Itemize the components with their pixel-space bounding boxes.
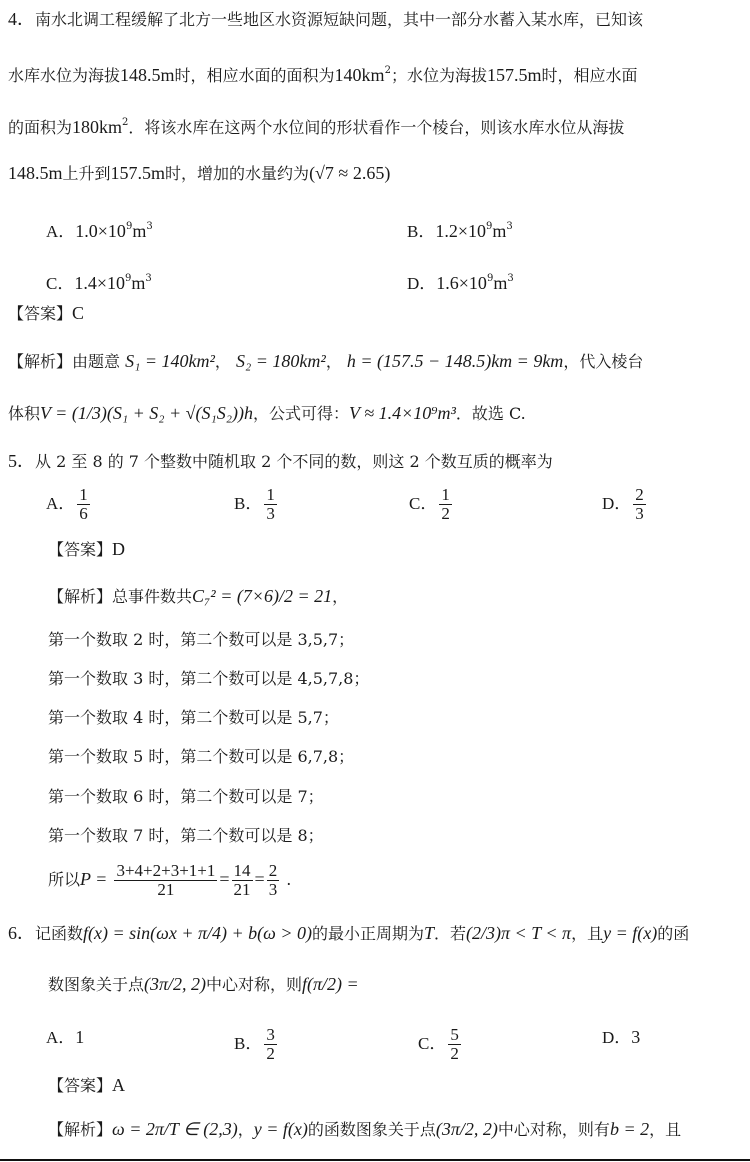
- q6-text: 数图象关于点: [48, 975, 144, 994]
- q5-case: 第一个数取 2 时，第二个数可以是 3,5,7；: [48, 629, 354, 651]
- q4-text: ．将该水库在这两个水位间的形状看作一个棱台，则该水库水位从海拔: [128, 118, 624, 137]
- q4-option-d: D．1.6×109m3: [407, 268, 514, 295]
- q5-option-c: C．12: [409, 486, 454, 523]
- analysis-tag: 【解析】: [48, 1120, 112, 1139]
- analysis-text: ，且: [649, 1120, 681, 1139]
- denominator: 2: [439, 505, 452, 523]
- numerator: 1: [264, 486, 277, 505]
- option-label: D．: [602, 1028, 631, 1047]
- answer-value: A: [112, 1075, 125, 1095]
- analysis-y: y = f(x): [254, 1119, 308, 1139]
- answer-tag: 【答案】: [8, 304, 72, 323]
- option-fraction: 12: [439, 486, 452, 523]
- denominator: 3: [267, 881, 280, 899]
- q6-text: 中心对称，则: [206, 975, 302, 994]
- q6-y: y = f(x): [603, 923, 657, 943]
- q6-text: ，且: [571, 924, 603, 943]
- option-unit-exp: 3: [146, 221, 152, 232]
- q4-text: 时，增加的水量约为: [165, 164, 309, 183]
- analysis-text: 由题意: [72, 352, 120, 371]
- q6-stem-line-2: 数图象关于点(3π/2, 2)中心对称，则f(π/2) =: [48, 973, 359, 996]
- numerator: 1: [77, 486, 90, 505]
- option-value: 3: [631, 1027, 640, 1047]
- analysis-text: ，公式可得：: [253, 404, 349, 423]
- q4-line-2: 水库水位为海拔148.5m时，相应水面的面积为140km2；水位为海拔157.5…: [8, 60, 637, 87]
- q5-conclusion: 所以P = 3+4+2+3+1+121=1421=23 .: [48, 862, 291, 899]
- option-fraction: 16: [77, 486, 90, 523]
- answer-value: D: [112, 539, 125, 559]
- q5-option-b: B．13: [234, 486, 279, 523]
- q4-analysis-line-1: 【解析】由题意 S₁ = 140km²， S₂ = 180km²， h = (1…: [8, 350, 643, 373]
- q5-case: 第一个数取 6 时，第二个数可以是 7；: [48, 786, 324, 808]
- option-value: 1.6×10: [436, 273, 487, 293]
- numerator: 14: [232, 862, 253, 881]
- option-label: D．: [602, 494, 631, 513]
- option-unit-exp: 3: [145, 273, 151, 284]
- q4-stem-1: 南水北调工程缓解了北方一些地区水资源短缺问题，其中一部分水蓄入某水库，已知该: [35, 10, 643, 29]
- q5-stem: 5．从 2 至 8 的 7 个整数中随机取 2 个不同的数，则这 2 个数互质的…: [8, 450, 553, 473]
- q6-text: ．若: [434, 924, 466, 943]
- q6-stem-line-1: 6．记函数f(x) = sin(ωx + π/4) + b(ω > 0)的最小正…: [8, 922, 689, 945]
- option-unit-exp: 3: [507, 273, 513, 284]
- q4-value: 157.5m: [111, 163, 166, 183]
- analysis-text: 体积: [8, 404, 40, 423]
- analysis-text: 中心对称，则有: [498, 1120, 610, 1139]
- denominator: 3: [633, 505, 646, 523]
- q4-option-a: A．1.0×109m3: [46, 216, 153, 243]
- option-unit: m: [493, 273, 507, 293]
- q5-case: 第一个数取 3 时，第二个数可以是 4,5,7,8；: [48, 668, 369, 690]
- analysis-tag: 【解析】: [48, 587, 112, 606]
- q5-case: 第一个数取 7 时，第二个数可以是 8；: [48, 825, 324, 847]
- q6-function: f(x) = sin(ωx + π/4) + b(ω > 0): [83, 923, 312, 943]
- q4-text: 上升到: [63, 164, 111, 183]
- q5-case: 第一个数取 4 时，第二个数可以是 5,7；: [48, 707, 339, 729]
- q4-text: 的面积为: [8, 118, 72, 137]
- q6-text: 的函: [657, 924, 689, 943]
- analysis-b-value: b = 2: [610, 1119, 649, 1139]
- analysis-tag: 【解析】: [8, 352, 72, 371]
- q4-value: 140km: [335, 65, 385, 85]
- denominator: 21: [155, 881, 176, 899]
- option-fraction: 32: [264, 1026, 277, 1063]
- q5-option-a: A．16: [46, 486, 92, 523]
- analysis-formula: V = (1/3)(S₁ + S₂ + √(S₁S₂))h: [40, 403, 253, 423]
- answer-tag: 【答案】: [48, 540, 112, 559]
- q4-text: 水库水位为海拔: [8, 66, 120, 85]
- denominator: 6: [77, 505, 90, 523]
- q5-stem-text: 从 2 至 8 的 7 个整数中随机取 2 个不同的数，则这 2 个数互质的概率…: [35, 452, 553, 471]
- denominator: 21: [232, 881, 253, 899]
- analysis-combination: C₇² = (7×6)/2 = 21: [192, 586, 332, 606]
- option-label: C．: [46, 274, 74, 293]
- q6-option-d: D．3: [602, 1026, 640, 1049]
- analysis-omega: ω = 2π/T ∈ (2,3): [112, 1119, 238, 1139]
- option-value: 1: [75, 1027, 84, 1047]
- analysis-text: 的函数图象关于点: [308, 1120, 436, 1139]
- denominator: 3: [264, 505, 277, 523]
- option-label: B．: [234, 1034, 262, 1053]
- q4-option-c: C．1.4×109m3: [46, 268, 152, 295]
- option-unit: m: [131, 273, 145, 293]
- denominator: 2: [448, 1045, 461, 1063]
- denominator: 2: [264, 1045, 277, 1063]
- numerator: 2: [267, 862, 280, 881]
- q6-option-c: C．52: [418, 1026, 463, 1063]
- q6-number: 6．: [8, 923, 35, 943]
- conclusion-fraction: 1421: [232, 862, 253, 899]
- option-fraction: 52: [448, 1026, 461, 1063]
- analysis-h: h = (157.5 − 148.5)km = 9km: [347, 351, 563, 371]
- q4-answer: 【答案】C: [8, 302, 84, 325]
- conclusion-text: 所以: [48, 870, 80, 889]
- q6-text: 的最小正周期为: [312, 924, 424, 943]
- analysis-text: ，: [238, 1120, 254, 1139]
- option-label: A．: [46, 222, 75, 241]
- q6-option-a: A．1: [46, 1026, 84, 1049]
- analysis-text: 总事件数共: [112, 587, 192, 606]
- option-value: 1.4×10: [74, 273, 125, 293]
- q5-analysis: 【解析】总事件数共C₇² = (7×6)/2 = 21，: [48, 585, 348, 608]
- numerator: 2: [633, 486, 646, 505]
- q4-number: 4．: [8, 9, 35, 29]
- q5-number: 5．: [8, 451, 35, 471]
- q6-range: (2/3)π < T < π: [466, 923, 571, 943]
- option-unit-exp: 3: [506, 221, 512, 232]
- option-label: A．: [46, 494, 75, 513]
- option-label: C．: [409, 494, 437, 513]
- option-label: C．: [418, 1034, 446, 1053]
- q4-value: 148.5m: [120, 65, 175, 85]
- q4-text: ；水位为海拔: [391, 66, 487, 85]
- q4-value: 148.5m: [8, 163, 63, 183]
- option-fraction: 13: [264, 486, 277, 523]
- option-label: B．: [234, 494, 262, 513]
- q4-analysis-line-2: 体积V = (1/3)(S₁ + S₂ + √(S₁S₂))h，公式可得：V ≈…: [8, 402, 526, 425]
- analysis-s2: S₂ = 180km²: [236, 351, 326, 371]
- q6-answer: 【答案】A: [48, 1074, 125, 1097]
- numerator: 3: [264, 1026, 277, 1045]
- q6-point: (3π/2, 2): [144, 974, 206, 994]
- q4-line-4: 148.5m上升到157.5m时，增加的水量约为(√7 ≈ 2.65): [8, 162, 390, 185]
- q4-option-b: B．1.2×109m3: [407, 216, 513, 243]
- numerator: 5: [448, 1026, 461, 1045]
- q6-option-b: B．32: [234, 1026, 279, 1063]
- analysis-s1: S₁ = 140km²: [125, 351, 215, 371]
- q6-text: 记函数: [35, 924, 83, 943]
- option-value: 1.0×10: [75, 221, 126, 241]
- analysis-text: ，代入棱台: [563, 352, 643, 371]
- q5-case: 第一个数取 5 时，第二个数可以是 6,7,8；: [48, 746, 354, 768]
- q4-text: 时，相应水面的面积为: [175, 66, 335, 85]
- answer-value: C: [72, 303, 84, 323]
- q5-option-d: D．23: [602, 486, 648, 523]
- analysis-text: ．故选 C.: [456, 404, 526, 423]
- analysis-result: V ≈ 1.4×10⁹m³: [349, 403, 456, 423]
- q4-text: 时，相应水面: [541, 66, 637, 85]
- q6-question: f(π/2) =: [302, 974, 359, 994]
- option-unit: m: [132, 221, 146, 241]
- option-label: D．: [407, 274, 436, 293]
- answer-tag: 【答案】: [48, 1076, 112, 1095]
- q4-line-1: 4．南水北调工程缓解了北方一些地区水资源短缺问题，其中一部分水蓄入某水库，已知该: [8, 8, 643, 31]
- option-fraction: 23: [633, 486, 646, 523]
- option-value: 1.2×10: [435, 221, 486, 241]
- numerator: 1: [439, 486, 452, 505]
- q6-analysis: 【解析】ω = 2π/T ∈ (2,3)，y = f(x)的函数图象关于点(3π…: [48, 1118, 681, 1141]
- q4-value: 157.5m: [487, 65, 542, 85]
- q4-value: 180km: [72, 117, 122, 137]
- q4-hint: (√7 ≈ 2.65): [309, 163, 390, 183]
- bottom-divider: [0, 1159, 750, 1161]
- numerator: 3+4+2+3+1+1: [114, 862, 217, 881]
- q5-answer: 【答案】D: [48, 538, 125, 561]
- option-unit: m: [492, 221, 506, 241]
- option-label: B．: [407, 222, 435, 241]
- option-label: A．: [46, 1028, 75, 1047]
- q6-period: T: [424, 923, 434, 943]
- conclusion-fraction: 3+4+2+3+1+121: [114, 862, 217, 899]
- analysis-point: (3π/2, 2): [436, 1119, 498, 1139]
- conclusion-fraction: 23: [267, 862, 280, 899]
- q4-line-3: 的面积为180km2．将该水库在这两个水位间的形状看作一个棱台，则该水库水位从海…: [8, 112, 624, 139]
